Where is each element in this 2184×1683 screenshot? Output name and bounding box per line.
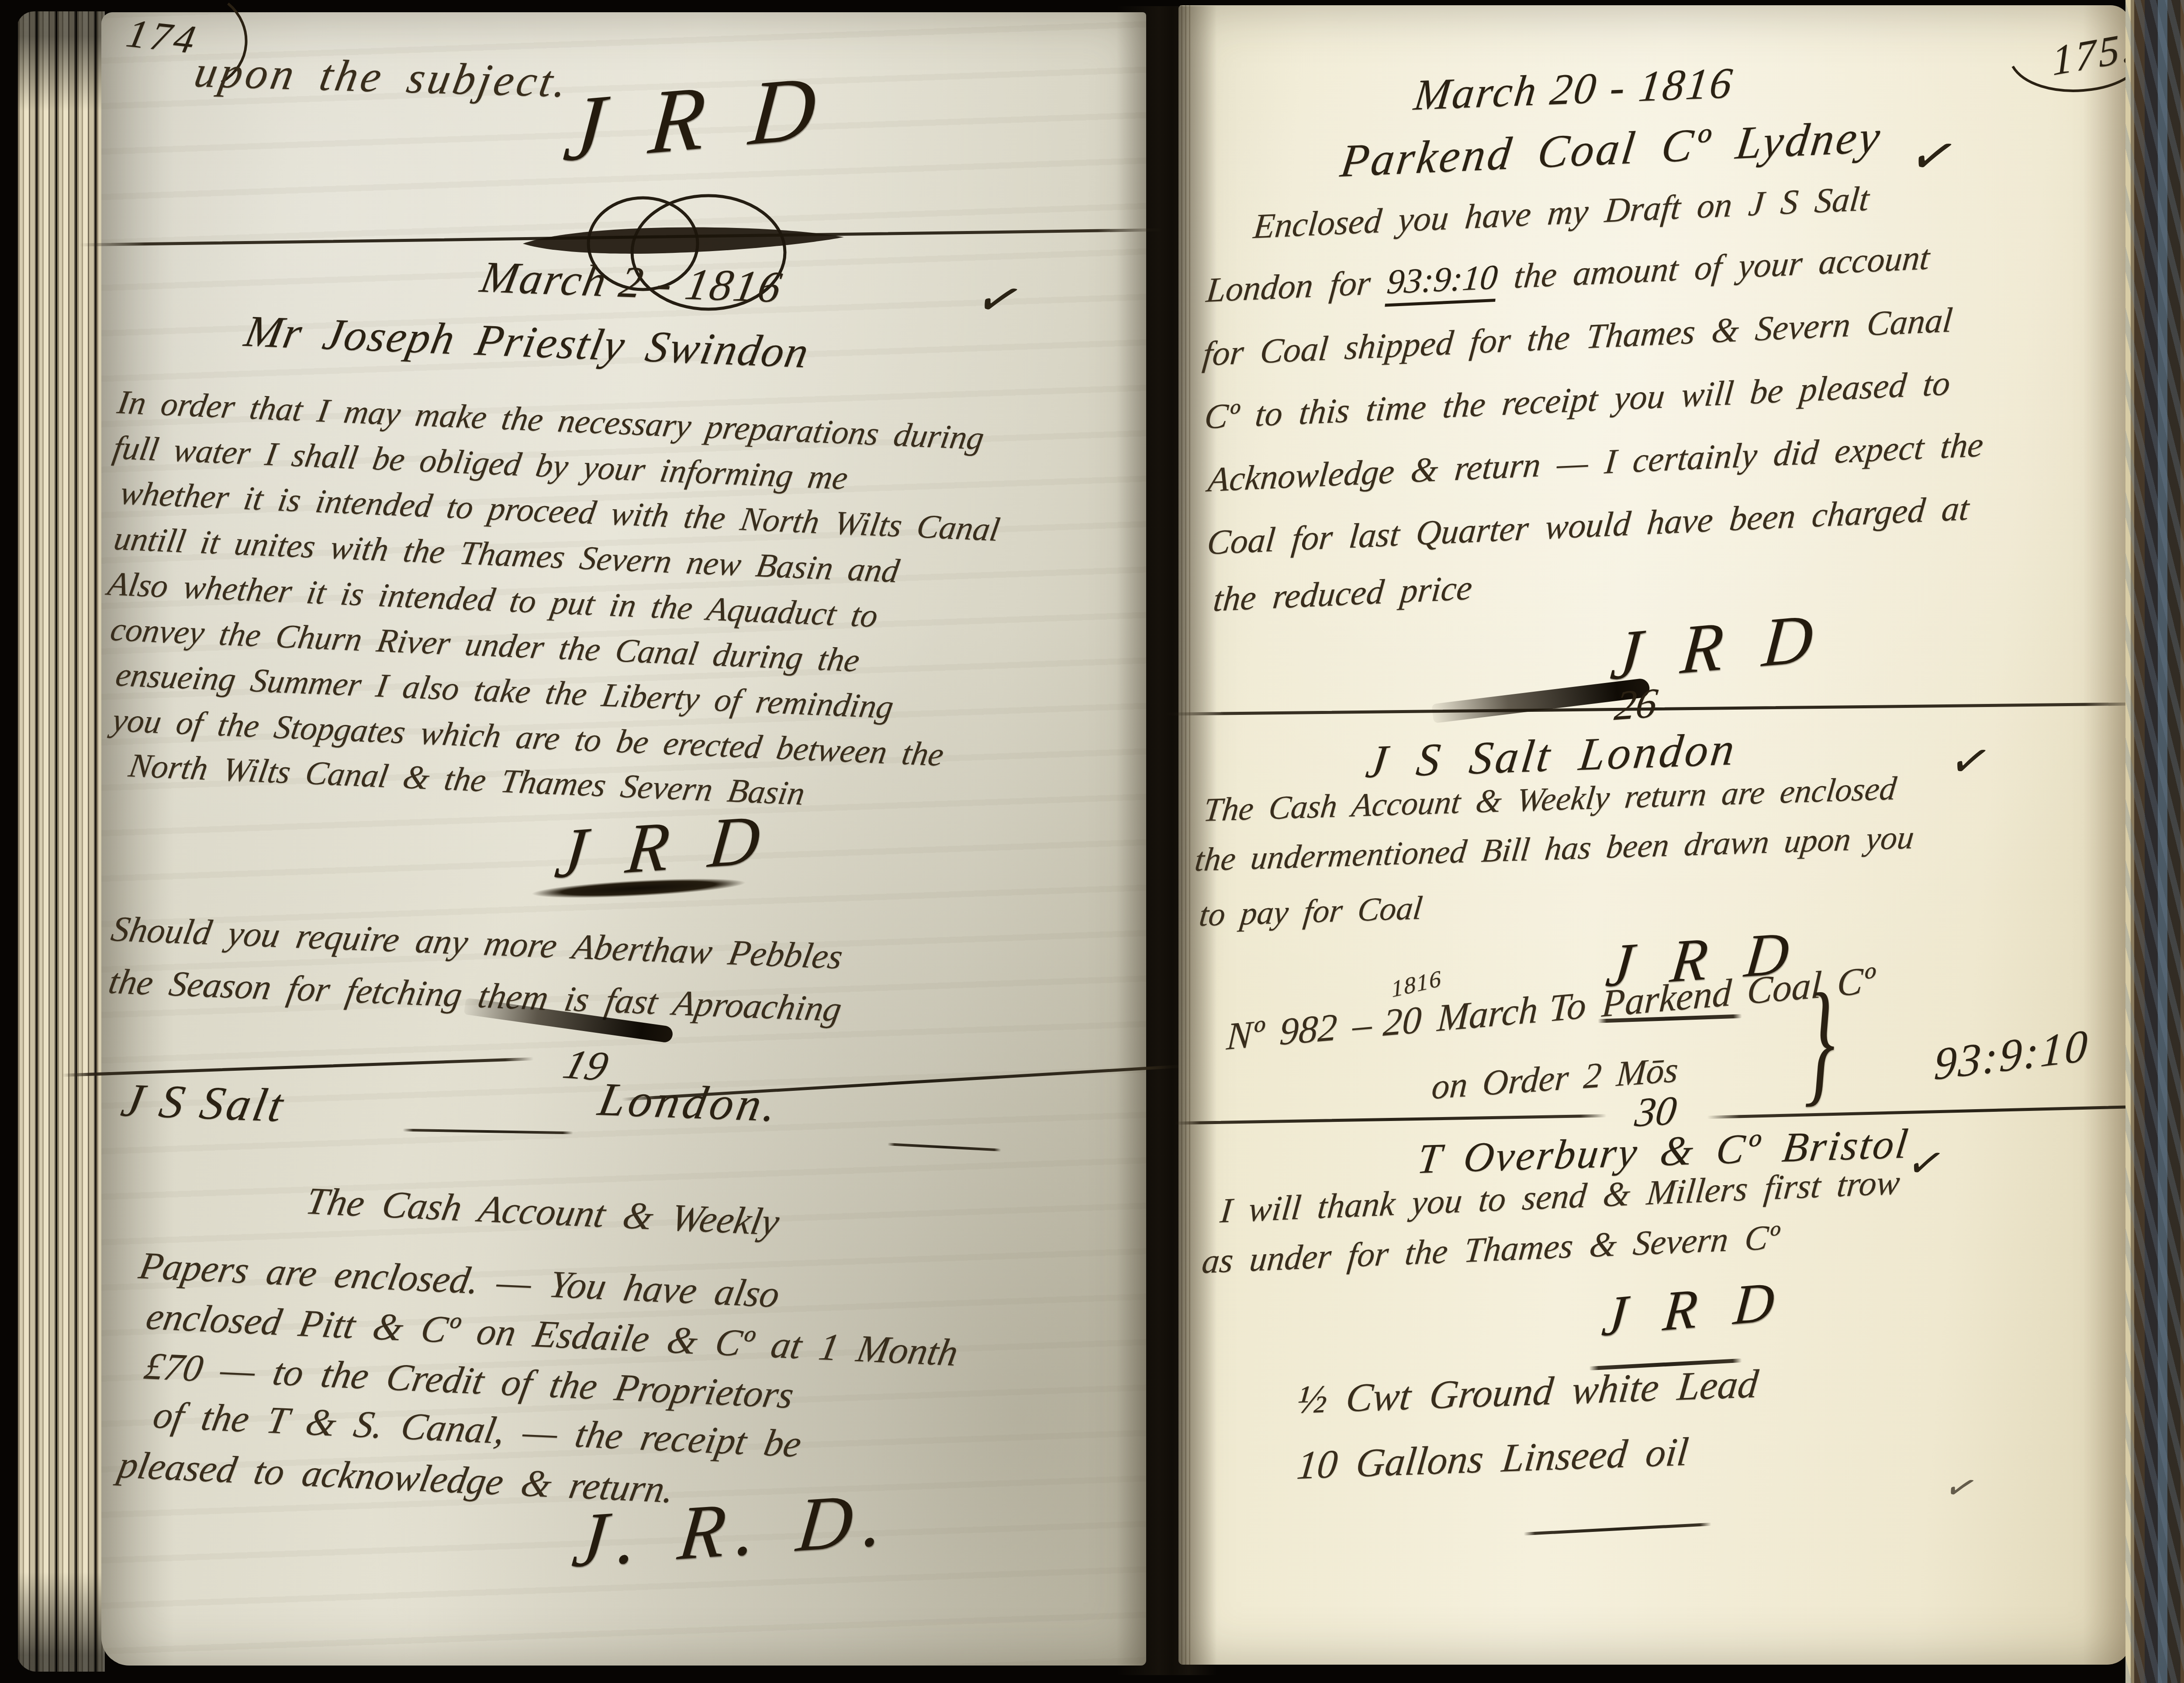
- letter1-line: the reduced price: [1212, 568, 1474, 620]
- letter2-line: to pay for Coal: [1197, 889, 1424, 934]
- line-text: the amount of your account: [1496, 238, 1931, 297]
- line-text: London for: [1205, 263, 1389, 310]
- letter2-line: The Cash Account & Weekly: [303, 1179, 783, 1244]
- letterbook-scan: 174 upon the subject. J R D March 2 - 18…: [0, 0, 2184, 1683]
- left-page: 174 upon the subject. J R D March 2 - 18…: [101, 12, 1146, 1666]
- order-line: 10 Gallons Linseed oil: [1295, 1428, 1690, 1489]
- book-page-edges-left: [17, 11, 105, 1672]
- opening-signature: J R D: [560, 54, 831, 183]
- dash-stroke: [403, 1129, 573, 1135]
- letter1-addressee: Parkend Coal Cº Lydney: [1337, 110, 1885, 188]
- letter1-date: March 2 - 1816: [477, 252, 788, 313]
- bill-date: 20 March1816: [1382, 987, 1539, 1045]
- letter2-addressee: J S Salt: [117, 1073, 290, 1133]
- letter1-line: Coal for last Quarter would have been ch…: [1206, 489, 1971, 563]
- closing-rule: [1524, 1523, 1711, 1535]
- bill-amount: 93:9:10: [1933, 1019, 2091, 1091]
- letter1-line: Acknowledge & return — I certainly did e…: [1206, 425, 1985, 500]
- section-rule: [1174, 1114, 1607, 1124]
- tick-mark: ✓: [1903, 124, 1965, 190]
- letter1-line: London for 93:9:10 the amount of your ac…: [1205, 238, 1932, 311]
- tick-mark: ✓: [968, 267, 1031, 332]
- letter1-line: for Coal shipped for the Thames & Severn…: [1201, 300, 1954, 374]
- letter2-place: London.: [594, 1073, 785, 1133]
- letter1-date: March 20 - 1816: [1411, 58, 1736, 121]
- tick-mark: ✓: [1944, 733, 1997, 790]
- letter2-line: the undermentioned Bill has been drawn u…: [1193, 818, 1916, 879]
- bill-brace: }: [1801, 962, 1836, 1121]
- book-fore-edge-right: [2125, 0, 2184, 1683]
- order-line: ½ Cwt Ground white Lead: [1295, 1360, 1760, 1423]
- draft-amount: 93:9:10: [1385, 258, 1500, 307]
- letter2-day: 26: [1612, 678, 1661, 730]
- letter3-signature: J R D: [1599, 1268, 1788, 1349]
- dash-stroke: [888, 1143, 1001, 1152]
- tick-mark: ✓: [1902, 1137, 1950, 1190]
- right-page: March 20 - 1816 ✓ 175. Parkend Coal Cº L…: [1178, 5, 2131, 1665]
- section-rule: [1707, 1103, 2184, 1119]
- letter1-line: Cº to this time the receipt you will be …: [1203, 363, 1952, 437]
- book-gutter: [1116, 6, 1217, 1675]
- bill-line: Nº 982 –20 March1816To Parkend Coal Cº: [1225, 958, 1876, 1059]
- tick-mark: ✓: [1939, 1465, 1983, 1510]
- bill-number: Nº 982 –: [1225, 1003, 1373, 1058]
- opening-fragment: upon the subject.: [190, 46, 574, 107]
- letter1-line: Enclosed you have my Draft on J S Salt: [1252, 179, 1871, 247]
